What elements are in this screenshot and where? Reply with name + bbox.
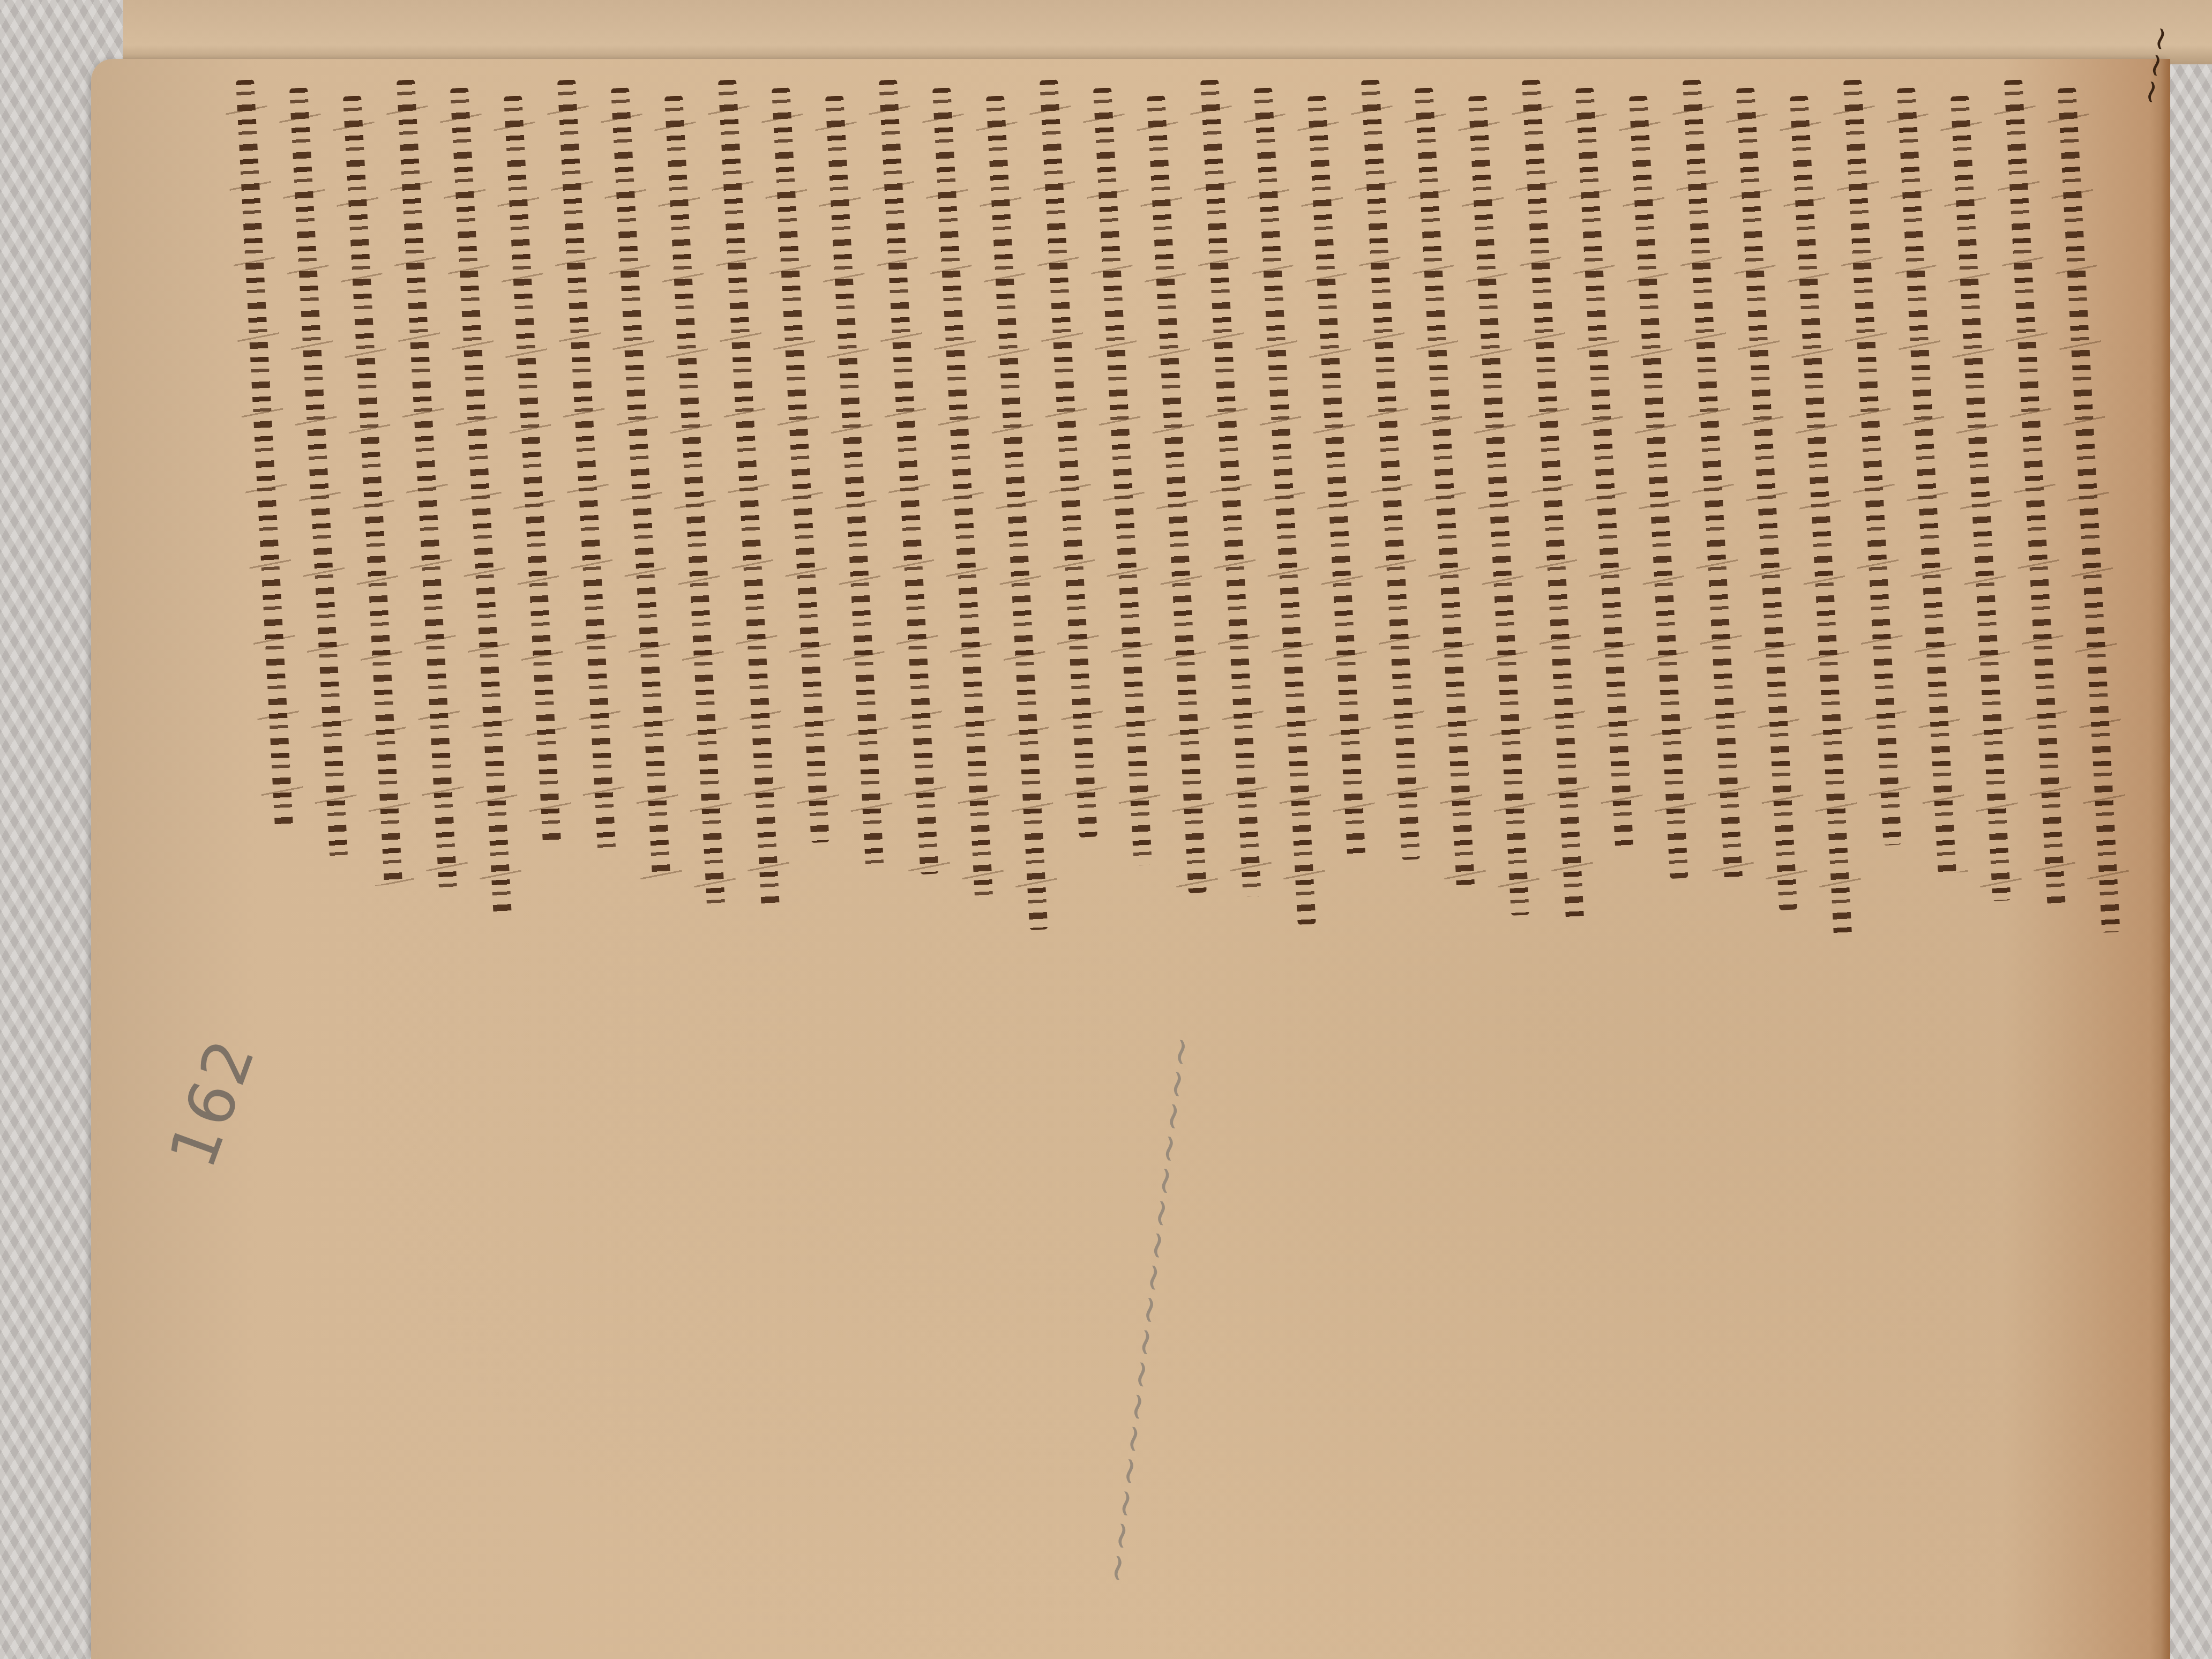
handwritten-text-block <box>0 0 2212 1659</box>
